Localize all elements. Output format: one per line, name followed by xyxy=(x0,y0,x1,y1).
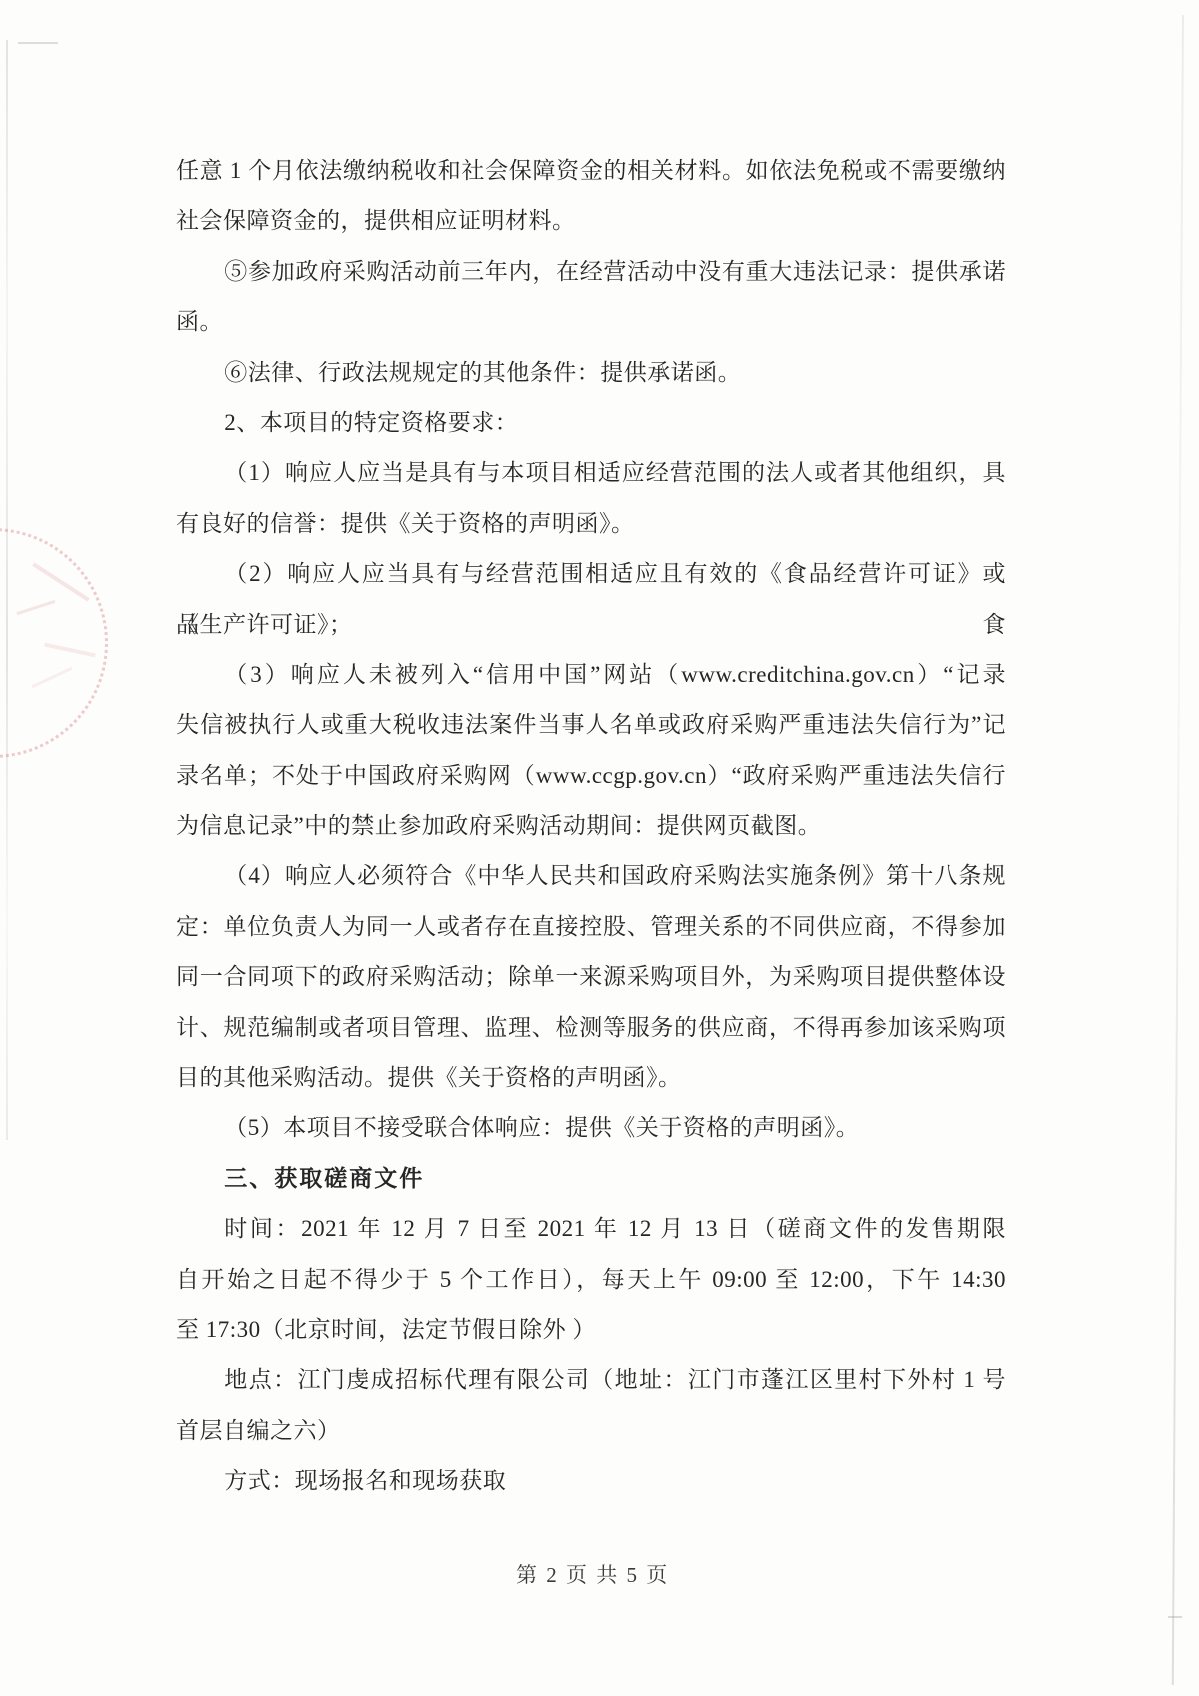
text-line: 自开始之日起不得少于 5 个工作日），每天上午 09:00 至 12:00，下午… xyxy=(176,1255,1006,1305)
text-block: 任意 1 个月依法缴纳税收和社会保障资金的相关材料。如依法免税或不需要缴纳社会保… xyxy=(176,146,1006,1507)
text-line: 时间：2021 年 12 月 7 日至 2021 年 12 月 13 日（磋商文… xyxy=(176,1204,1006,1254)
red-seal-stamp-mark xyxy=(17,600,56,615)
red-seal-stamp-mark xyxy=(31,667,72,688)
text-line: 三、获取磋商文件 xyxy=(176,1154,1006,1204)
text-line: 为信息记录”中的禁止参加政府采购活动期间：提供网页截图。 xyxy=(176,801,1006,851)
text-line: ⑥法律、行政法规规定的其他条件：提供承诺函。 xyxy=(176,348,1006,398)
text-line: ⑤参加政府采购活动前三年内，在经营活动中没有重大违法记录：提供承诺 xyxy=(176,247,1006,297)
text-line: （2）响应人应当具有与经营范围相适应且有效的《食品经营许可证》或《食 xyxy=(176,549,1006,599)
text-line: 方式：现场报名和现场获取 xyxy=(176,1456,1006,1506)
red-seal-stamp xyxy=(0,528,108,758)
text-line: 同一合同项下的政府采购活动；除单一来源采购项目外，为采购项目提供整体设 xyxy=(176,952,1006,1002)
text-line: （1）响应人应当是具有与本项目相适应经营范围的法人或者其他组织，具 xyxy=(176,448,1006,498)
text-line: 2、本项目的特定资格要求： xyxy=(176,398,1006,448)
text-line: （3）响应人未被列入“信用中国”网站（www.creditchina.gov.c… xyxy=(176,650,1006,700)
text-line: 计、规范编制或者项目管理、监理、检测等服务的供应商，不得再参加该采购项 xyxy=(176,1003,1006,1053)
text-line: （5）本项目不接受联合体响应：提供《关于资格的声明函》。 xyxy=(176,1103,1006,1153)
text-line: 函。 xyxy=(176,297,1006,347)
text-line: 有良好的信誉：提供《关于资格的声明函》。 xyxy=(176,499,1006,549)
text-line: 首层自编之六） xyxy=(176,1406,1006,1456)
scan-edge-artifact-left xyxy=(6,40,8,1140)
text-line: 录名单；不处于中国政府采购网（www.ccgp.gov.cn）“政府采购严重违法… xyxy=(176,751,1006,801)
text-line: 任意 1 个月依法缴纳税收和社会保障资金的相关材料。如依法免税或不需要缴纳 xyxy=(176,146,1006,196)
text-line: 定：单位负责人为同一人或者存在直接控股、管理关系的不同供应商，不得参加 xyxy=(176,902,1006,952)
red-seal-stamp-mark xyxy=(32,562,90,601)
text-line: 目的其他采购活动。提供《关于资格的声明函》。 xyxy=(176,1053,1006,1103)
page-footer: 第 2 页 共 5 页 xyxy=(516,1560,669,1590)
scanned-document-page: 任意 1 个月依法缴纳税收和社会保障资金的相关材料。如依法免税或不需要缴纳社会保… xyxy=(0,0,1199,1696)
text-line: 地点：江门虔成招标代理有限公司（地址：江门市蓬江区里村下外村 1 号 xyxy=(176,1355,1006,1405)
text-line: 失信被执行人或重大税收违法案件当事人名单或政府采购严重违法失信行为”记 xyxy=(176,700,1006,750)
text-line: 至 17:30（北京时间，法定节假日除外 ） xyxy=(176,1305,1006,1355)
red-seal-stamp-mark xyxy=(44,643,96,658)
scan-edge-artifact-tick xyxy=(1168,1616,1182,1618)
text-line: 社会保障资金的，提供相应证明材料。 xyxy=(176,196,1006,246)
scan-edge-artifact-top xyxy=(18,42,58,44)
text-line: （4）响应人必须符合《中华人民共和国政府采购法实施条例》第十八条规 xyxy=(176,851,1006,901)
scan-edge-artifact-right xyxy=(1172,15,1184,1685)
